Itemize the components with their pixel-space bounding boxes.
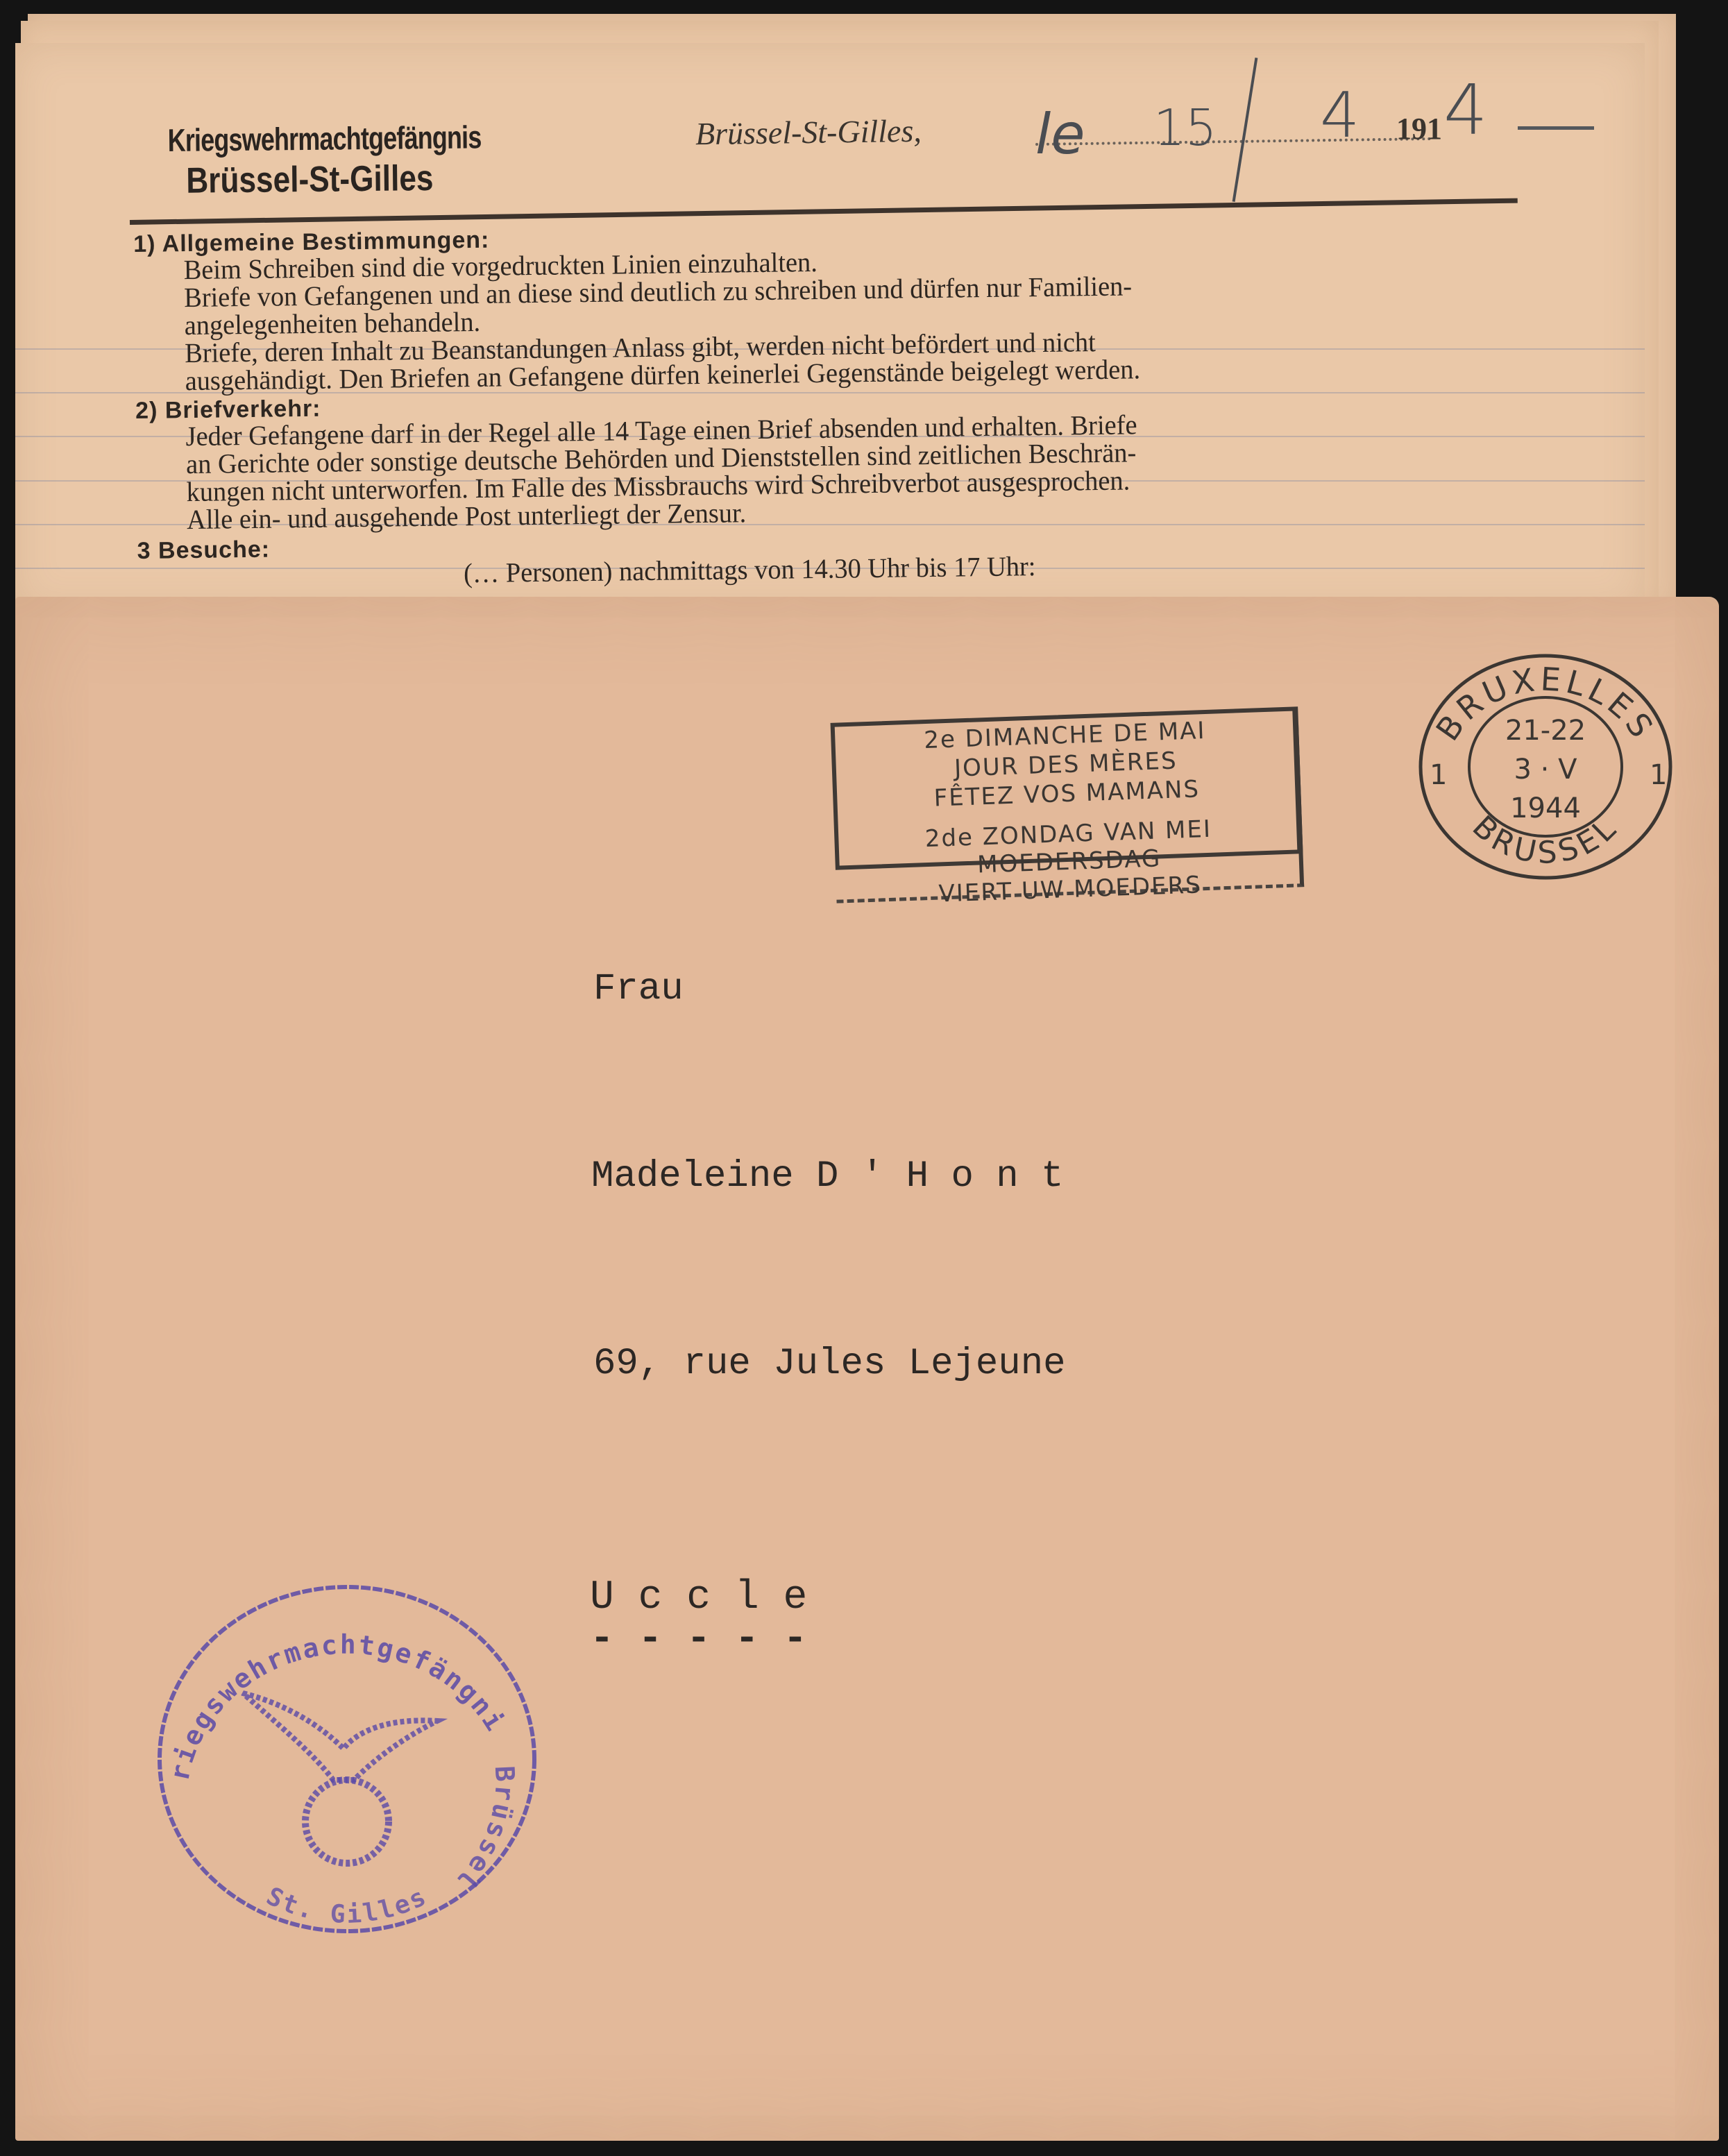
handwritten-month: 4 (1320, 79, 1359, 152)
postmark-time: 21-22 (1483, 711, 1608, 750)
address-salutation: Frau (593, 968, 684, 1010)
letterhead-line-1: Kriegswehrmachtgefängnis (167, 118, 481, 159)
regulations-block: 1) Allgemeine Bestimmungen: Beim Schreib… (133, 213, 1539, 591)
postmark-day-month: 3 · V (1483, 750, 1608, 789)
address-name: Madeleine D ' H o n t (591, 1155, 1064, 1198)
handwritten-year-digit: 4 (1443, 69, 1488, 151)
handwritten-le: le (1035, 102, 1085, 167)
address-street: 69, rue Jules Lejeune (593, 1343, 1066, 1385)
handwritten-day: 15 (1153, 99, 1217, 157)
prison-letter-form: Kriegswehrmachtgefängnis Brüssel-St-Gill… (15, 43, 1645, 612)
svg-text:1: 1 (1650, 759, 1667, 791)
letterhead-organization: Kriegswehrmachtgefängnis Brüssel-St-Gill… (167, 117, 570, 202)
letterhead-line-2: Brüssel-St-Gilles (186, 157, 513, 202)
handwritten-slash (1233, 58, 1258, 202)
address-city: U c c l e (590, 1575, 807, 1620)
postmark-year: 1944 (1483, 789, 1608, 828)
svg-text:Brüssel: Brüssel (450, 1765, 520, 1897)
postmark-date: 21-22 3 · V 1944 (1483, 711, 1608, 828)
svg-text:Kriegswehrmachtgefängnis: Kriegswehrmachtgefängnis (146, 1579, 511, 1783)
handwritten-dash (1518, 126, 1594, 130)
prison-seal-stamp: Kriegswehrmachtgefängnis Brüssel St. Gil… (146, 1579, 548, 1939)
seal-eagle-icon: Kriegswehrmachtgefängnis Brüssel St. Gil… (146, 1579, 548, 1939)
address-city-underline: - - - - - (590, 1617, 807, 1662)
date-line-place: Brüssel-St-Gilles, (695, 112, 922, 153)
date-dotted-line (1035, 137, 1431, 146)
postmark: BRUXELLES BRUSSEL 1 1 21-22 3 · V 1944 (1410, 645, 1681, 888)
svg-text:1: 1 (1430, 759, 1447, 791)
printed-year-prefix: 191 (1396, 111, 1442, 146)
slogan-cancellation: 2e DIMANCHE DE MAI JOUR DES MÈRES FÊTEZ … (823, 658, 1310, 917)
